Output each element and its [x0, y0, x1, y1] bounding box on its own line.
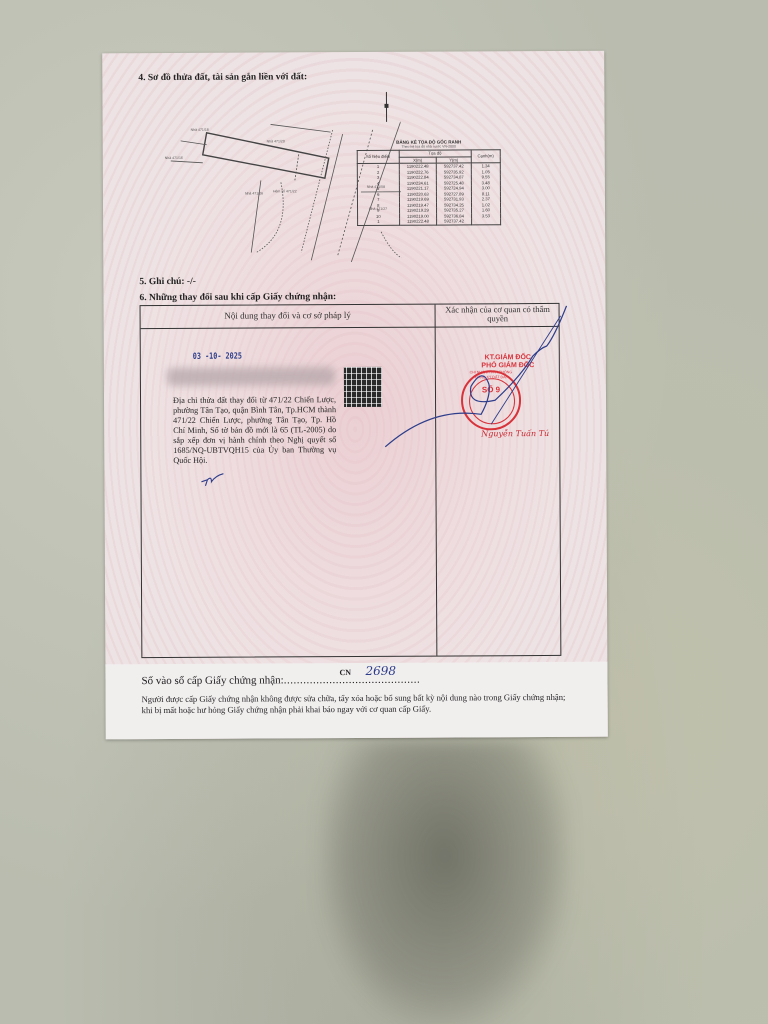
- legal-notice: Người được cấp Giấy chứng nhận không đượ…: [142, 692, 572, 716]
- svg-text:Hẻm số 471/22: Hẻm số 471/22: [273, 189, 297, 193]
- sketch-label: Nhà 471/18: [191, 128, 209, 132]
- cell-y: 592737.42: [437, 218, 472, 224]
- redacted-text: [167, 367, 335, 386]
- north-arrow-icon: [384, 92, 388, 122]
- change-date-stamp: 03 -10- 2025: [193, 352, 242, 362]
- change-description: Địa chỉ thửa đất thay đổi từ 471/22 Chiế…: [173, 395, 336, 466]
- col-point: Số hiệu điểm: [357, 150, 399, 163]
- coordinate-table-subtitle: Theo hệ tọa độ nhà nước VN-2000: [357, 144, 501, 149]
- changes-table: Nội dung thay đổi và cơ sở pháp lý Xác n…: [140, 303, 562, 658]
- svg-text:Nhà 471/26: Nhà 471/26: [245, 191, 263, 195]
- hand-shadow: [320, 740, 570, 1024]
- initials-signature-icon: [199, 472, 225, 488]
- coordinate-table: BẢNG KÊ TỌA ĐỘ GÓC RANH Theo hệ tọa độ n…: [357, 139, 501, 225]
- cell-point: 1: [358, 219, 400, 225]
- coordinate-row: 11190222.48592737.42: [358, 218, 501, 225]
- svg-text:Nhà 471/20: Nhà 471/20: [267, 139, 285, 143]
- section-4-heading: 4. Sơ đồ thửa đất, tài sản gắn liền với …: [138, 72, 307, 83]
- coordinate-rows: 11190222.48592737.421.3421190222.7659273…: [357, 163, 500, 225]
- cell-edge: [471, 218, 500, 224]
- section-5-heading: 5. Ghi chú: -/-: [139, 277, 196, 287]
- section-6-heading: 6. Những thay đổi sau khi cấp Giấy chứng…: [139, 292, 336, 303]
- registration-label: Số vào sổ cấp Giấy chứng nhận:: [141, 674, 283, 687]
- registration-number: 2698: [365, 664, 396, 678]
- svg-text:Nhà 471/16: Nhà 471/16: [165, 156, 183, 160]
- land-certificate-page: 4. Sơ đồ thửa đất, tài sản gắn liền với …: [102, 51, 608, 740]
- cell-x: 1190222.48: [399, 219, 437, 225]
- col-edge: Cạnh(m): [471, 150, 500, 163]
- registration-prefix: CN: [339, 668, 351, 677]
- signature-stroke-icon: [370, 296, 571, 467]
